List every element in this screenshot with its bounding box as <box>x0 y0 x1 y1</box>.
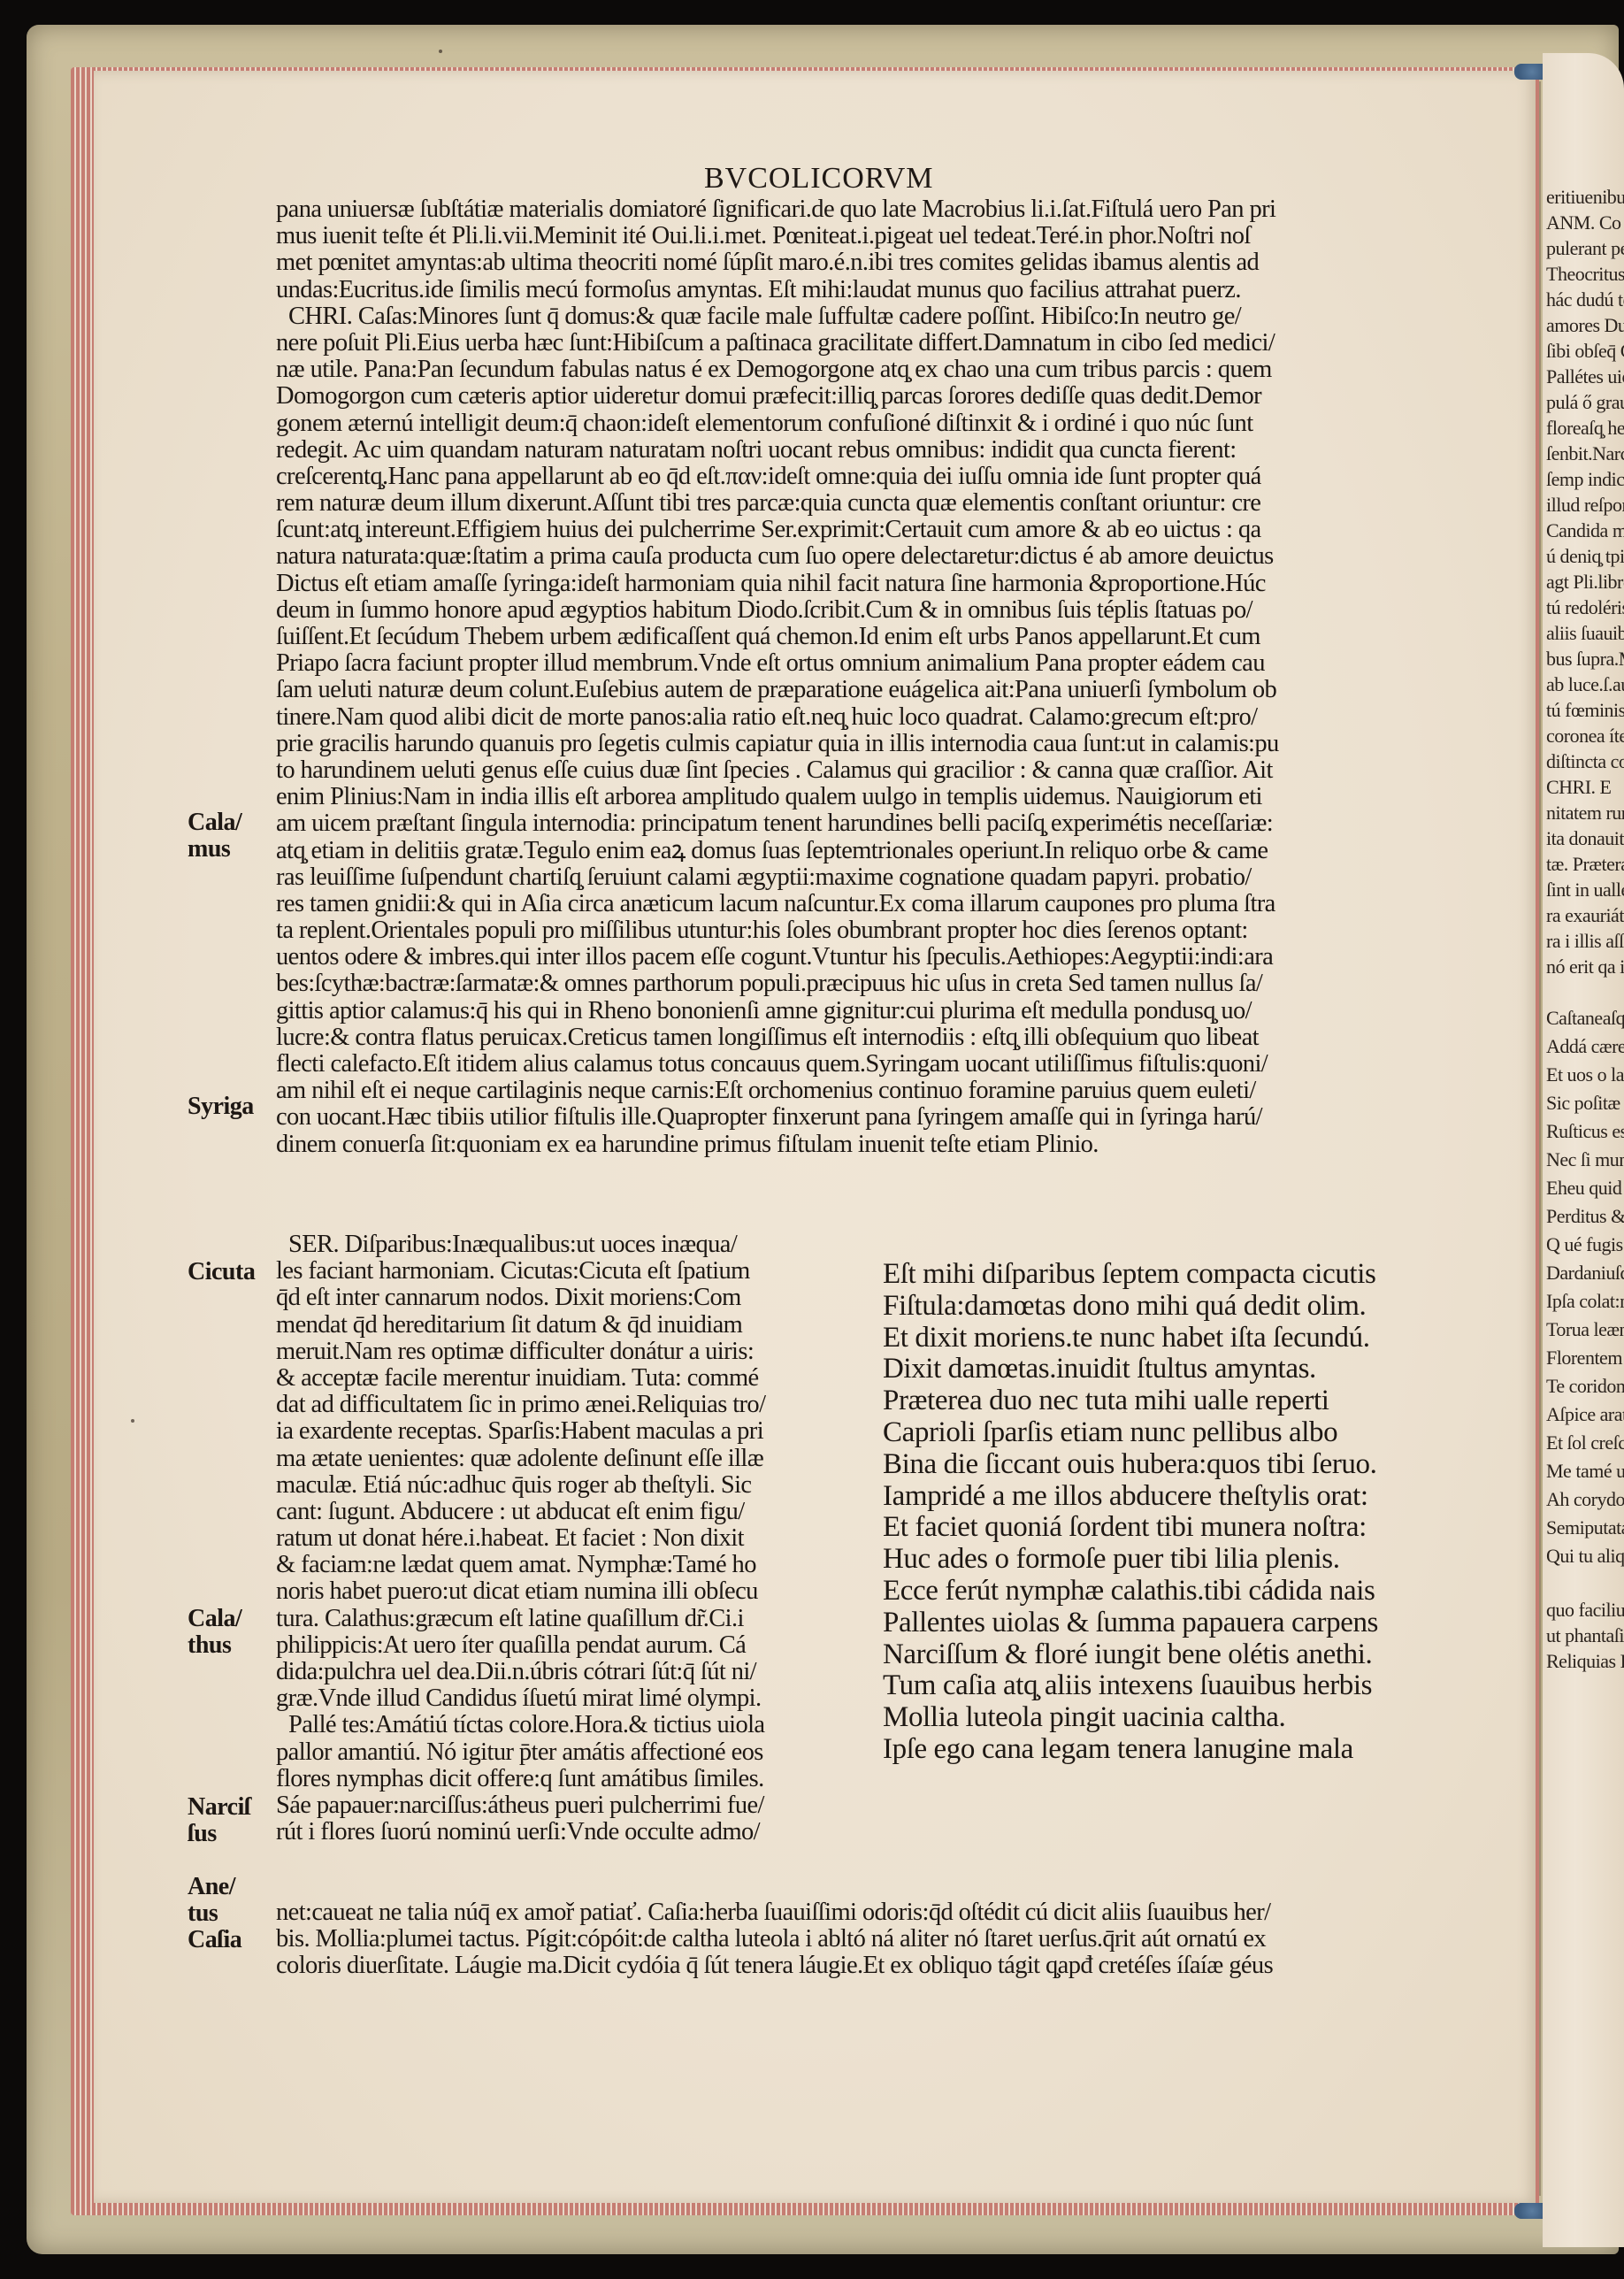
commentary-line: Pallé tes:Amátiú tíctas colore.Hora.& ti… <box>276 1712 863 1738</box>
verse-line: Caprioli ſparſis etiam nunc pellibus alb… <box>883 1417 1484 1449</box>
marginal-note: Syriga <box>188 1093 254 1120</box>
ink-speck <box>131 1419 134 1423</box>
facing-page-text-fragment: Florentem cyt <box>1546 1347 1624 1370</box>
verse-line: Ecce ferút nymphæ calathis.tibi cádida n… <box>883 1576 1484 1608</box>
facing-page-text-fragment: Ruſticus es <box>1546 1120 1624 1143</box>
commentary-line: ras leuiſſime ſuſpendunt chartiſq̧ ſerui… <box>276 864 1472 891</box>
commentary-column: SER. Diſparibus:Inæqualibus:ut uoces inæ… <box>276 1232 863 1845</box>
verse-line: Iampridé a me illos abducere theſtylis o… <box>883 1481 1484 1513</box>
verse-line: Eſt mihi diſparibus ſeptem compacta cicu… <box>883 1259 1484 1291</box>
ink-speck <box>439 50 442 53</box>
commentary-line: flores nymphas dicit offere:q ſunt amáti… <box>276 1766 863 1792</box>
facing-page-text-fragment: tú fœminis có <box>1546 699 1624 722</box>
facing-page-text-fragment: ú deniq̧ tpis fl <box>1546 545 1624 568</box>
facing-page-text-fragment: Q ué fugis:a <box>1546 1233 1624 1256</box>
commentary-line: tinere.Nam quod alibi dicit de morte pan… <box>276 704 1472 731</box>
facing-page-text-fragment: Theocritus q <box>1546 263 1624 286</box>
facing-page-recto: eritiuenibusANM. Copulerant pecuTheocrit… <box>1543 53 1624 2247</box>
commentary-line: redegit. Ac uim quandam naturam naturata… <box>276 437 1472 464</box>
commentary-line: CHRI. Caſas:Minores ſunt q̄ domus:& quæ … <box>276 303 1472 330</box>
commentary-line: bes:ſcythæ:bactræ:ſarmatæ:& omnes partho… <box>276 971 1472 997</box>
commentary-line: to harundinem ueluti genus eſſe cuius du… <box>276 757 1472 784</box>
facing-page-text-fragment: Perditus & li <box>1546 1205 1624 1228</box>
gutter-fold <box>1539 81 1541 2196</box>
commentary-line: creſcerentq̧.Hanc pana appellarunt ab eo… <box>276 464 1472 490</box>
commentary-line: prie gracilis harundo quanuis pro ſegeti… <box>276 731 1472 757</box>
commentary-line: con uocant.Hæc tibiis utilior fiſtulis i… <box>276 1104 1472 1131</box>
commentary-line: & acceptæ facile merentur inuidiam. Tuta… <box>276 1365 863 1392</box>
facing-page-text-fragment: Reliquias Dardaniuſque <box>1546 1650 1624 1673</box>
facing-page-text-fragment: floreaſq̧ herb <box>1546 417 1624 440</box>
commentary-line: ſuiſſent.Et ſecúdum Thebem urbem ædifica… <box>276 624 1472 650</box>
commentary-line: uentos odere & imbres.qui inter illos pa… <box>276 944 1472 971</box>
commentary-line: ſcunt:atq̧ intereunt.Effigiem huius dei … <box>276 517 1472 543</box>
facing-page-text-fragment: bus ſupra.Moll <box>1546 648 1624 671</box>
marginal-note: Ane/ <box>188 1874 235 1900</box>
facing-page-text-fragment: tæ. Prætera <box>1546 853 1624 876</box>
facing-page-text-fragment: agt Pli.libro.x <box>1546 571 1624 594</box>
verse-line: Tum caſia atq̧ aliis intexens ſuauibus h… <box>883 1670 1484 1702</box>
marginal-note: Narciſ <box>188 1794 250 1821</box>
commentary-line: bis. Mollia:plumei tactus. Pígit:cópóit:… <box>276 1926 1472 1953</box>
commentary-line: Priapo ſacra faciunt propter illud membr… <box>276 650 1472 677</box>
facing-page-text-fragment: hác dudú ten <box>1546 288 1624 311</box>
commentary-line: Sáe papauer:narciſſus:átheus pueri pulch… <box>276 1792 863 1819</box>
facing-page-text-fragment: Addá cærea <box>1546 1035 1624 1058</box>
verse-line: Mollia luteola pingit uacinia caltha. <box>883 1702 1484 1734</box>
commentary-line: les faciant harmoniam. Cicutas:Cicuta eſ… <box>276 1258 863 1285</box>
facing-page-text-fragment: tú redoléris ant <box>1546 596 1624 619</box>
facing-page-text-fragment: coronea ítellig <box>1546 725 1624 748</box>
marginal-note: thus <box>188 1632 231 1659</box>
verse-line: Et faciet quoniá ſordent tibi munera noſ… <box>883 1512 1484 1544</box>
facing-page-text-fragment: ut phantaſiam qua <box>1546 1624 1624 1647</box>
facing-page-text-fragment: quo facilius areſcu <box>1546 1599 1624 1622</box>
commentary-line: ia exardente receptas. Sparſis:Habent ma… <box>276 1418 863 1445</box>
commentary-line: pana uniuersæ ſubſtátiæ materialis domia… <box>276 196 1472 223</box>
commentary-line: gonem æternú intelligit deum:q̄ chaon:id… <box>276 411 1472 437</box>
running-head-text: BVCOLICORVM <box>704 162 934 196</box>
facing-page-text-fragment: ra exauriát. <box>1546 904 1624 927</box>
commentary-line: dida:pulchra uel dea.Dii.n.úbris cótrari… <box>276 1659 863 1685</box>
commentary-line: cant: ſugunt. Abducere : ut abducat eſt … <box>276 1499 863 1525</box>
marginal-note: ſus <box>188 1821 217 1847</box>
verse-line: Et dixit moriens.te nunc habet iſta ſecu… <box>883 1323 1484 1354</box>
commentary-line: ratum ut donat hére.i.habeat. Et faciet … <box>276 1525 863 1552</box>
commentary-line: lucre:& contra flatus peruicax.Creticus … <box>276 1024 1472 1051</box>
commentary-line: tura. Calathus:græcum eſt latine quaſill… <box>276 1606 863 1632</box>
facing-page-text-fragment: Me tamé urit am <box>1546 1460 1624 1483</box>
verse-line: Bina die ſiccant ouis hubera:quos tibi ſ… <box>883 1449 1484 1481</box>
facing-page-text-fragment: Caſtaneaſq̧ <box>1546 1007 1624 1030</box>
facing-page-text-fragment: Nec ſi mune <box>1546 1148 1624 1171</box>
commentary-line: rem naturæ deum illum dixerunt.Aſſunt ti… <box>276 490 1472 517</box>
commentary-line: Dictus eſt etiam amaſſe ſyringa:ideſt ha… <box>276 571 1472 597</box>
verse-column: Eſt mihi diſparibus ſeptem compacta cicu… <box>883 1259 1484 1766</box>
commentary-line: ta replent.Orientales populi pro miſſili… <box>276 917 1472 944</box>
commentary-line: Domogorgon cum cæteris aptior uideretur … <box>276 383 1472 410</box>
facing-page-text-fragment: nó erit qa ill <box>1546 955 1624 978</box>
facing-page-text-fragment: aliis ſuauibus h <box>1546 622 1624 645</box>
commentary-line: enim Plinius:Nam in india illis eſt arbo… <box>276 784 1472 810</box>
facing-page-text-fragment: Et uos o lau <box>1546 1063 1624 1086</box>
facing-page-text-fragment: eritiuenibus <box>1546 186 1624 209</box>
verse-line: Fiſtula:damœtas dono mihi quá dedit olim… <box>883 1291 1484 1323</box>
commentary-line: flecti calefacto.Eſt itidem alius calamu… <box>276 1051 1472 1078</box>
commentary-line: ſam ueluti naturæ deum colunt.Euſebius a… <box>276 677 1472 703</box>
facing-page-text-fragment: Candida magis <box>1546 519 1624 542</box>
commentary-line: am nihil eſt ei neque cartilaginis neque… <box>276 1078 1472 1104</box>
commentary-line: q̄d eſt inter cannarum nodos. Dixit mori… <box>276 1285 863 1311</box>
marginal-note: mus <box>188 836 230 863</box>
facing-page-text-fragment: Et ſol creſcentes <box>1546 1431 1624 1454</box>
facing-page-text-fragment: Ah corydon cor <box>1546 1488 1624 1511</box>
commentary-line: græ.Vnde illud Candidus íſuetú mirat lim… <box>276 1685 863 1712</box>
facing-page-text-fragment: Semiputata tibi <box>1546 1516 1624 1539</box>
commentary-line: deum in ſummo honore apud ægyptios habit… <box>276 597 1472 624</box>
facing-page-text-fragment: ſemp indicio é <box>1546 468 1624 491</box>
commentary-line: noris habet puero:ut dicat etiam numina … <box>276 1578 863 1605</box>
commentary-line: am uicem præſtant ſingula internodia: pr… <box>276 810 1472 837</box>
bottom-commentary-block: net:caueat ne talia núq̄ ex amoř patiať.… <box>276 1899 1472 1980</box>
facing-page-text-fragment: ſint in ualle: <box>1546 879 1624 902</box>
facing-page-text-fragment: Aſpice aratra iu <box>1546 1403 1624 1426</box>
commentary-line: næ utile. Pana:Pan ſecundum fabulas natu… <box>276 357 1472 383</box>
marginal-note: Cala/ <box>188 1606 241 1632</box>
facing-page-text-fragment: ſenbit.Narce aú <box>1546 442 1624 465</box>
commentary-line: atq̧ etiam in delitiis gratæ.Tegulo enim… <box>276 838 1472 864</box>
marginal-note: Cala/ <box>188 810 241 836</box>
facing-page-text-fragment: Ipſa colat:nob <box>1546 1290 1624 1313</box>
main-commentary-block: pana uniuersæ ſubſtátiæ materialis domia… <box>276 196 1472 1158</box>
commentary-line: mus iuenit teſte ét Pli.li.vii.Meminit i… <box>276 223 1472 249</box>
commentary-line: rút i flores ſuorú nominú uerſi:Vnde occ… <box>276 1819 863 1845</box>
facing-page-text-fragment: Dardaniuſq̧ p <box>1546 1262 1624 1285</box>
facing-page-text-fragment: Te coridon o al <box>1546 1375 1624 1398</box>
commentary-line: ma ætate uenientes: quæ adolente deſinun… <box>276 1446 863 1472</box>
facing-page-text-fragment: CHRI. E <box>1546 776 1612 799</box>
commentary-line: mendat q̄d hereditarium ſit datum & q̄d … <box>276 1312 863 1339</box>
facing-page-text-fragment: Pallétes uiolas <box>1546 365 1624 388</box>
commentary-line: & faciam:ne lædat quem amat. Nymphæ:Tamé… <box>276 1552 863 1578</box>
verse-line: Narciſſum & floré iungit bene olétis ane… <box>883 1639 1484 1671</box>
verse-line: Pallentes uiolas & ſumma papauera carpen… <box>883 1608 1484 1639</box>
facing-page-text-fragment: Qui tu aliqd ſa <box>1546 1545 1624 1568</box>
facing-page-text-fragment: amores Dum <box>1546 314 1624 337</box>
facing-page-text-fragment: diſtincta color <box>1546 750 1624 773</box>
verse-line: Dixit damœtas.inuidit ſtultus amyntas. <box>883 1354 1484 1385</box>
facing-page-text-fragment: ſibi obſeq̄ Ca <box>1546 340 1624 363</box>
commentary-line: philippicis:At uero íter quaſilla pendat… <box>276 1632 863 1659</box>
commentary-line: meruit.Nam res optimæ difficulter donátu… <box>276 1339 863 1365</box>
verse-line: Ipſe ego cana legam tenera lanugine mala <box>883 1734 1484 1766</box>
facing-page-text-fragment: Eheu quid u <box>1546 1177 1624 1200</box>
facing-page-text-fragment: Torua leæna l <box>1546 1318 1624 1341</box>
commentary-line: dat ad difficultatem ſic in primo ænei.R… <box>276 1392 863 1418</box>
facing-page-text-fragment: pulerant pecu <box>1546 237 1624 260</box>
commentary-line: met pœnitet amyntas:ab ultima theocriti … <box>276 249 1472 276</box>
facing-page-text-fragment: illud reſponſum <box>1546 494 1624 517</box>
marginal-note: Caſia <box>188 1927 241 1953</box>
marginal-note: Cicuta <box>188 1259 255 1285</box>
facing-page-text-fragment: ita donauit ut <box>1546 827 1624 850</box>
commentary-line: pallor amantiú. Nó igitur p̄ter amátis a… <box>276 1739 863 1766</box>
facing-page-text-fragment: ANM. Co <box>1546 211 1621 234</box>
commentary-line: nere poſuit Pli.Eius uerba hæc ſunt:Hibi… <box>276 330 1472 357</box>
commentary-line: net:caueat ne talia núq̄ ex amoř patiať.… <box>276 1899 1472 1926</box>
facing-page-text-fragment: pulá ő grauedin <box>1546 391 1624 414</box>
commentary-line: maculæ. Etiá núc:adhuc q̄uis roger ab th… <box>276 1472 863 1499</box>
commentary-line: gittis aptior calamus:q̄ his qui in Rhen… <box>276 998 1472 1024</box>
facing-page-text-fragment: ab luce.ſ.auctor <box>1546 673 1624 696</box>
commentary-line: SER. Diſparibus:Inæqualibus:ut uoces inæ… <box>276 1232 863 1258</box>
commentary-line: res tamen gnidii:& qui in Aſia circa anæ… <box>276 891 1472 917</box>
commentary-line: coloris diuerſitate. Láugie ma.Dicit cyd… <box>276 1953 1472 1979</box>
verse-line: Præterea duo nec tuta mihi ualle reperti <box>883 1385 1484 1417</box>
verse-line: Huc ades o formoſe puer tibi lilia pleni… <box>883 1544 1484 1576</box>
facing-page-text-fragment: ra i illis aſſu <box>1546 930 1624 953</box>
facing-page-text-fragment: nitatem ruris: <box>1546 802 1624 825</box>
commentary-line: dinem conuerſa ſit:quoniam ex ea harundi… <box>276 1132 1472 1158</box>
facing-page-text-fragment: Sic poſitæ q <box>1546 1092 1624 1115</box>
commentary-line: natura naturata:quæ:ſtatim a prima cauſa… <box>276 543 1472 570</box>
commentary-line: undas:Eucritus.ide ſimilis mecú formoſus… <box>276 277 1472 303</box>
marginal-note: tus <box>188 1900 218 1927</box>
